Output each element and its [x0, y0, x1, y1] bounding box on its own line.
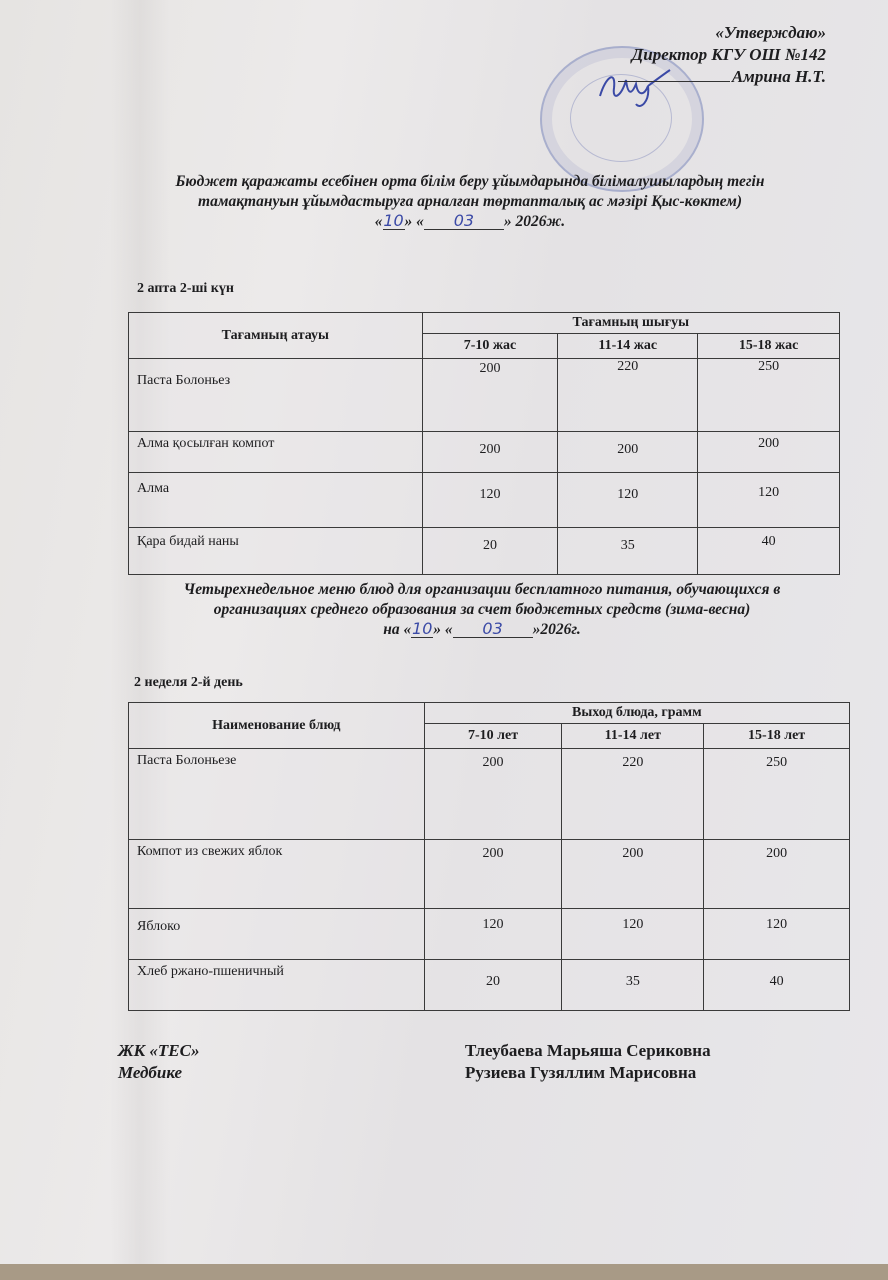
portion-value: 40	[704, 960, 850, 1011]
table-row: Қара бидай наны 20 35 40	[129, 528, 840, 575]
portion-value: 200	[562, 840, 704, 909]
approval-heading: «Утверждаю»	[618, 22, 826, 44]
portion-value: 220	[558, 359, 698, 432]
date-close: » 2026ж.	[504, 213, 565, 230]
dish-name: Паста Болоньезе	[129, 749, 425, 840]
table-row: Алма 120 120 120	[129, 473, 840, 528]
name-header: Наименование блюд	[129, 703, 425, 749]
table-surface	[0, 1264, 888, 1280]
dish-name: Компот из свежих яблок	[129, 840, 425, 909]
approval-name: Амрина Н.Т.	[732, 67, 826, 86]
kz-menu-title: Бюджет қаражаты есебінен орта білім беру…	[120, 172, 820, 232]
dish-name: Алма	[129, 473, 423, 528]
portion-value: 250	[704, 749, 850, 840]
dish-name: Хлеб ржано-пшеничный	[129, 960, 425, 1011]
portion-value: 120	[424, 909, 562, 960]
approval-position: Директор КГУ ОШ №142	[618, 44, 826, 66]
approval-block: «Утверждаю» Директор КГУ ОШ №142 Амрина …	[618, 22, 826, 88]
ru-date: на «10» «03»2026г.	[112, 620, 852, 640]
footer-role: Медбике	[118, 1062, 199, 1084]
signature-line	[618, 67, 730, 82]
portion-value: 20	[424, 960, 562, 1011]
date-open: на «	[383, 621, 411, 638]
dish-name: Яблоко	[129, 909, 425, 960]
kz-menu-table: Тағамның атауы Тағамның шығуы 7-10 жас 1…	[128, 312, 840, 575]
footer-signatories: Тлеубаева Марьяша Сериковна Рузиева Гузя…	[465, 1040, 711, 1084]
date-day: 10	[383, 213, 405, 230]
date-month: 03	[453, 621, 533, 638]
document-page: «Утверждаю» Директор КГУ ОШ №142 Амрина …	[0, 0, 888, 1266]
ru-menu-table: Наименование блюд Выход блюда, грамм 7-1…	[128, 702, 850, 1011]
age-header: 11-14 жас	[558, 334, 698, 359]
age-header: 11-14 лет	[562, 724, 704, 749]
dish-name: Қара бидай наны	[129, 528, 423, 575]
footer-company: ЖК «ТЕС»	[118, 1040, 199, 1062]
approval-signature-row: Амрина Н.Т.	[618, 66, 826, 88]
portion-value: 35	[558, 528, 698, 575]
name-header: Тағамның атауы	[129, 313, 423, 359]
portion-value: 40	[698, 528, 840, 575]
kz-title-line-1: Бюджет қаражаты есебінен орта білім беру…	[120, 172, 820, 192]
portion-value: 120	[558, 473, 698, 528]
portion-value: 35	[562, 960, 704, 1011]
dish-name: Алма қосылған компот	[129, 432, 423, 473]
date-day: 10	[411, 621, 433, 638]
portion-value: 120	[422, 473, 558, 528]
kz-title-line-2: тамақтануын ұйымдастыруға арналған төрта…	[120, 192, 820, 212]
age-header: 7-10 жас	[422, 334, 558, 359]
portion-value: 250	[698, 359, 840, 432]
portion-value: 120	[698, 473, 840, 528]
portion-value: 200	[558, 432, 698, 473]
table-row: Паста Болоньез 200 220 250	[129, 359, 840, 432]
age-header: 15-18 лет	[704, 724, 850, 749]
table-row: Хлеб ржано-пшеничный 20 35 40	[129, 960, 850, 1011]
portion-value: 120	[562, 909, 704, 960]
portion-value: 200	[422, 359, 558, 432]
ru-menu-title: Четырехнедельное меню блюд для организац…	[112, 580, 852, 640]
age-header: 7-10 лет	[424, 724, 562, 749]
table-row: Компот из свежих яблок 200 200 200	[129, 840, 850, 909]
kz-day-label: 2 апта 2-ші күн	[137, 281, 234, 297]
date-mid: » «	[405, 213, 424, 230]
table-row: Паста Болоньезе 200 220 250	[129, 749, 850, 840]
portion-value: 200	[422, 432, 558, 473]
portion-value: 220	[562, 749, 704, 840]
date-mid: » «	[433, 621, 452, 638]
ru-day-label: 2 неделя 2-й день	[134, 675, 243, 691]
portion-value: 200	[424, 749, 562, 840]
footer-signatory-2: Рузиева Гузяллим Марисовна	[465, 1062, 711, 1084]
table-row: Алма қосылған компот 200 200 200	[129, 432, 840, 473]
dish-name: Паста Болоньез	[129, 359, 423, 432]
kz-date: «10» «03» 2026ж.	[120, 212, 820, 232]
yield-header: Выход блюда, грамм	[424, 703, 849, 724]
yield-header: Тағамның шығуы	[422, 313, 839, 334]
date-month: 03	[424, 213, 504, 230]
ru-title-line-1: Четырехнедельное меню блюд для организац…	[112, 580, 852, 600]
date-open: «	[375, 213, 383, 230]
footer-signatory-1: Тлеубаева Марьяша Сериковна	[465, 1040, 711, 1062]
portion-value: 200	[704, 840, 850, 909]
table-row: Яблоко 120 120 120	[129, 909, 850, 960]
ru-title-line-2: организациях среднего образования за сче…	[112, 600, 852, 620]
date-close: »2026г.	[533, 621, 581, 638]
portion-value: 20	[422, 528, 558, 575]
age-header: 15-18 жас	[698, 334, 840, 359]
footer-organization: ЖК «ТЕС» Медбике	[118, 1040, 199, 1084]
portion-value: 120	[704, 909, 850, 960]
portion-value: 200	[424, 840, 562, 909]
portion-value: 200	[698, 432, 840, 473]
